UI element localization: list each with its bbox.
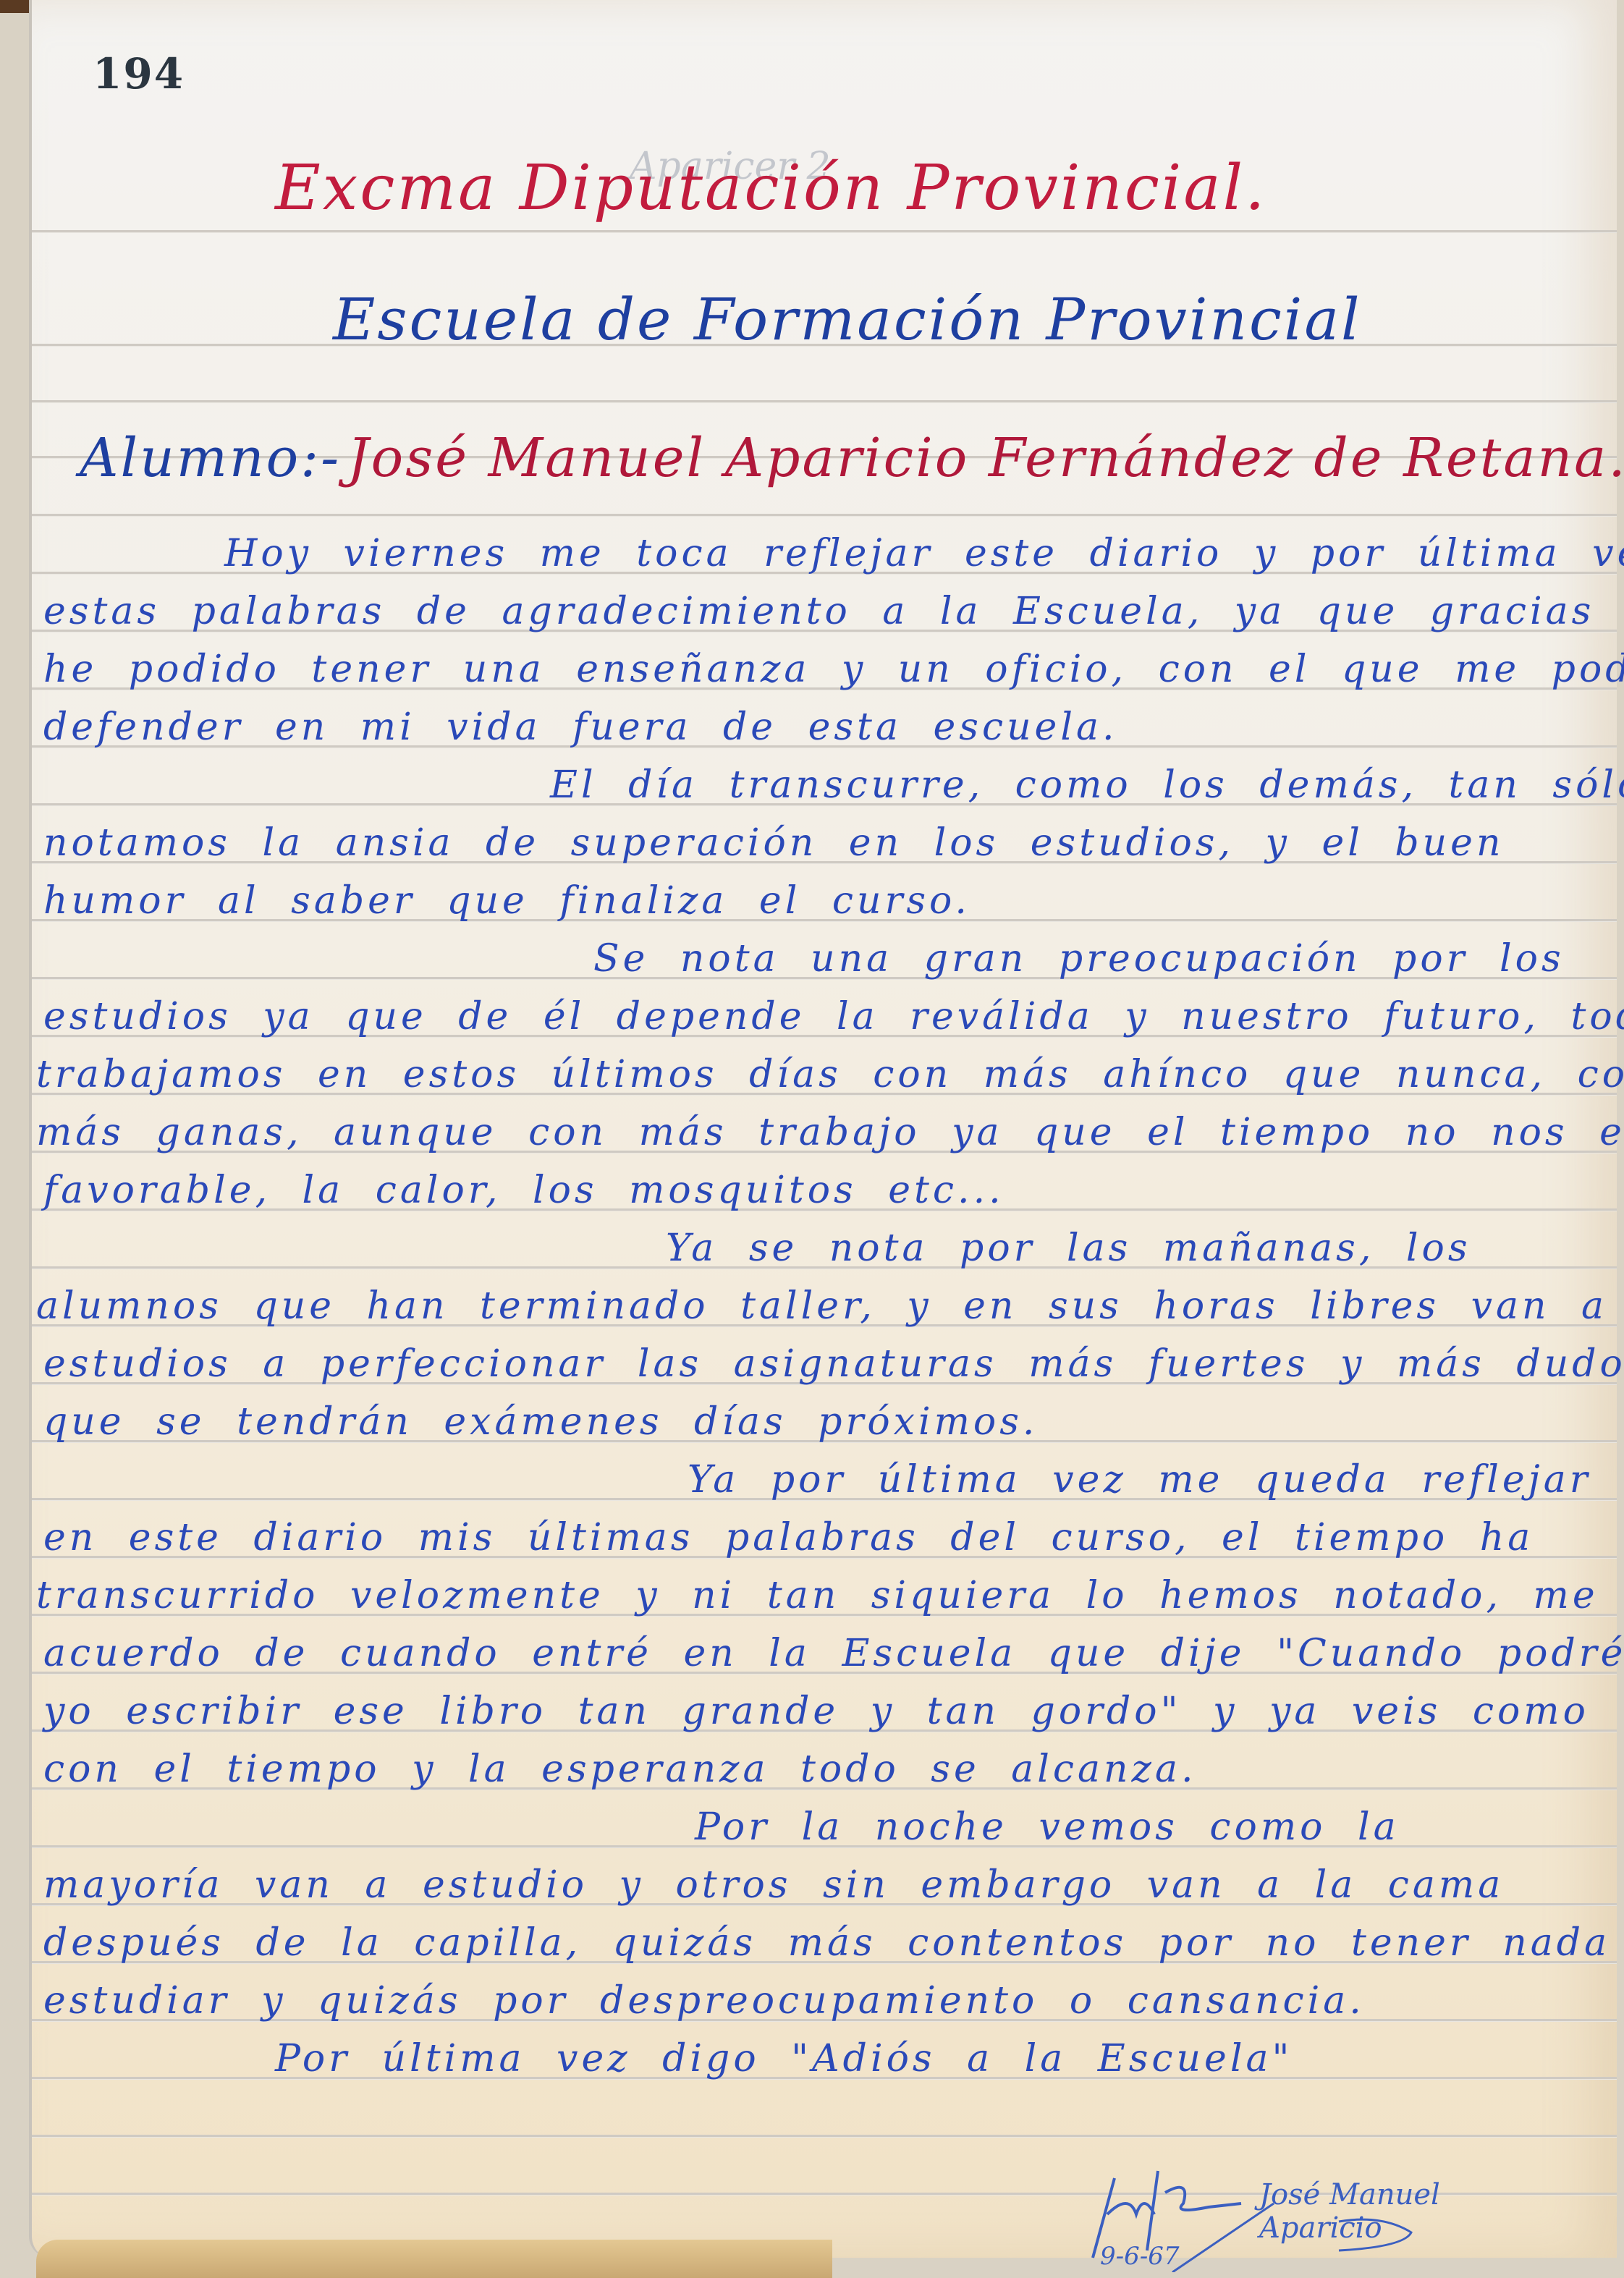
signature-name: José Manuel Aparicio (1259, 2178, 1469, 2245)
student-label: Alumno:- (80, 427, 341, 489)
student-name: José Manuel Aparicio Fernández de Retana… (347, 427, 1624, 489)
page-title: Excma Diputación Provincial. (275, 152, 1267, 224)
body-line: Hoy viernes me toca reflejar este diario… (224, 532, 1624, 575)
body-line: trabajamos en estos últimos días con más… (36, 1053, 1624, 1096)
rule-line (32, 230, 1617, 233)
school-heading: Escuela de Formación Provincial (333, 286, 1362, 353)
page-bottom-edge (36, 2240, 832, 2278)
body-line: humor al saber que finaliza el curso. (43, 879, 970, 923)
signature-date: 9-6-67 (1100, 2242, 1180, 2271)
notebook-cover-corner (0, 0, 29, 13)
body-line: Ya se nota por las mañanas, los (666, 1227, 1471, 1270)
body-line: estas palabras de agradecimiento a la Es… (43, 590, 1624, 633)
body-line: notamos la ansia de superación en los es… (43, 821, 1504, 865)
page-number: 194 (93, 49, 185, 98)
body-line: estudiar y quizás por despreocupamiento … (43, 1979, 1365, 2023)
body-line: he podido tener una enseñanza y un ofici… (43, 648, 1624, 691)
body-line: defender en mi vida fuera de esta escuel… (43, 706, 1118, 749)
body-line: Por la noche vemos como la (695, 1805, 1400, 1849)
body-line: El día transcurre, como los demás, tan s… (550, 763, 1624, 807)
rule-line (32, 2135, 1617, 2138)
body-line: después de la capilla, quizás más conten… (43, 1921, 1624, 1965)
body-line: más ganas, aunque con más trabajo ya que… (36, 1111, 1624, 1154)
body-line: en este diario mis últimas palabras del … (43, 1516, 1534, 1559)
body-line: Se nota una gran preocupación por los (593, 937, 1565, 981)
body-line: favorable, la calor, los mosquitos etc..… (43, 1169, 1005, 1212)
body-line: Ya por última vez me queda reflejar (688, 1458, 1591, 1502)
body-line: Por última vez digo "Adiós a la Escuela" (275, 2037, 1293, 2080)
body-line: transcurrido velozmente y ni tan siquier… (36, 1574, 1599, 1617)
signature-block: José Manuel Aparicio 9-6-67 (1064, 2164, 1469, 2272)
body-line: yo escribir ese libro tan grande y tan g… (43, 1690, 1589, 1733)
body-line: alumnos que han terminado taller, y en s… (36, 1284, 1624, 1328)
rule-line (32, 514, 1617, 517)
body-line: estudios ya que de él depende la reválid… (43, 995, 1624, 1038)
body-line: acuerdo de cuando entré en la Escuela qu… (43, 1632, 1624, 1675)
body-line: que se tendrán exámenes días próximos. (43, 1400, 1038, 1444)
body-line: mayoría van a estudio y otros sin embarg… (43, 1863, 1504, 1907)
rule-line (32, 400, 1617, 403)
body-line: con el tiempo y la esperanza todo se alc… (43, 1748, 1196, 1791)
body-line: estudios a perfeccionar las asignaturas … (43, 1342, 1624, 1386)
